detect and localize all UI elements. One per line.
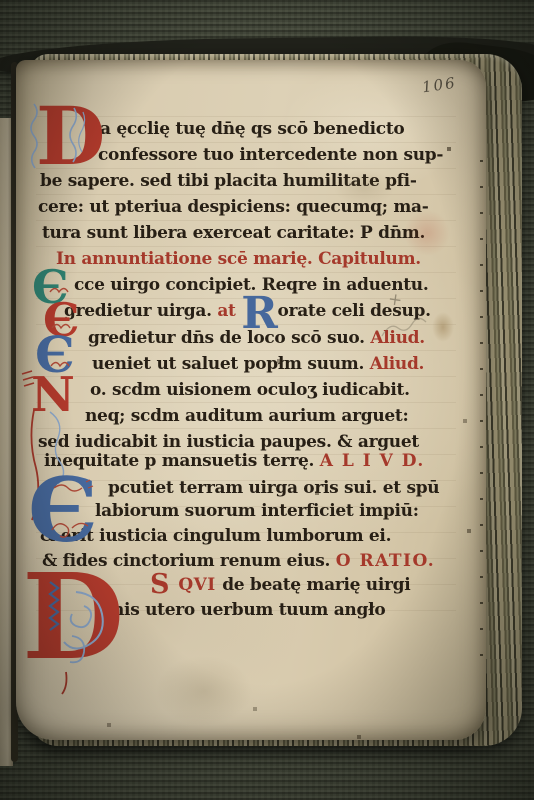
manuscript-text-line: confessore tuo intercedente non sup- [98, 144, 443, 166]
brown-stain [432, 312, 454, 342]
manuscript-text-line: In annuntiatione scē marię. Capitulum. [56, 248, 421, 270]
manuscript-text-line: tura sunt libera exerceat caritate: P dn… [42, 222, 425, 244]
text-segment-ink: gredietur dn̄s de loco scō suo. [88, 328, 370, 348]
text-segment-ink: confessore tuo intercedente non sup- [98, 145, 443, 165]
text-segment-red: at [217, 301, 241, 321]
manuscript-text-line: labiorum suorum interficiet impiū: [95, 500, 419, 522]
text-segment-redsp: A L I V D. [320, 451, 425, 471]
text-segment-ink: labiorum suorum interficiet impiū: [95, 501, 419, 521]
parchment-stain-faint [334, 170, 394, 206]
red-ink-offset-stain [404, 210, 450, 256]
manuscript-photograph: 106 a ęcclię tuę dn̄ę qs scō benedictoc… [0, 0, 534, 800]
parchment-stain [156, 656, 252, 726]
text-segment-ink: tura sunt libera exerceat caritate: P dn… [42, 223, 425, 243]
initial-d-foliate-flourish [36, 576, 136, 706]
manuscript-text-line: pcutiet terram uirga oris sui. et spū [108, 477, 439, 499]
manuscript-text-line: inequitate p mansuetis terrę. A L I V D. [44, 450, 425, 472]
text-segment-qvi: QVI [178, 575, 222, 595]
initial-e-red-filigree-flourish [46, 478, 106, 558]
manuscript-text-line: S QVI de beatę marię uirgi [150, 574, 410, 596]
text-segment-ink: nis utero uerbum tuum angło [112, 600, 385, 620]
text-segment-ink: sed iudicabit in iusticia paupes. & argu… [38, 432, 419, 452]
text-segment-ink: de beatę marię uirgi [222, 575, 410, 595]
text-segment-ink: pcutiet terram uirga oris sui. et spū [108, 478, 439, 498]
manuscript-page: 106 a ęcclię tuę dn̄ę qs scō benedictoc… [16, 60, 486, 740]
margin-pencil-scribble [378, 306, 438, 346]
manuscript-text-line: gredietur uirga. at Rorate celi desup. [64, 300, 431, 322]
text-segment-ink: o. scdm uisionem oculoʒ iudicabit. [90, 380, 410, 400]
text-segment-red: In annuntiatione scē marię. Capitulum. [56, 249, 421, 269]
manuscript-text-line: a ęcclię tuę dn̄ę qs scō benedicto [100, 118, 404, 140]
text-segment-red: Aliud. [370, 354, 424, 374]
parchment-specks [16, 60, 18, 62]
manuscript-text-line: neq; scdm auditum aurium arguet: [85, 405, 408, 427]
text-segment-ink: gredietur uirga. [64, 301, 217, 321]
text-segment-redsp: O RATIO. [336, 551, 435, 571]
manuscript-text-line: o. scdm uisionem oculoʒ iudicabit. [90, 379, 410, 401]
manuscript-text-line: gredietur dn̄s de loco scō suo. Aliud. [88, 327, 425, 349]
text-segment-sbig: S [150, 569, 178, 600]
text-segment-ink: ueniet ut saluet popłm suum. [92, 354, 370, 374]
text-segment-ink: a ęcclię tuę dn̄ę qs scō benedicto [100, 119, 404, 139]
initial-d-blue-filigree-flourish [28, 100, 98, 180]
manuscript-text-line: ueniet ut saluet popłm suum. Aliud. [92, 353, 424, 375]
text-segment-ink: neq; scdm auditum aurium arguet: [85, 406, 408, 426]
manuscript-text-line: nis utero uerbum tuum angło [112, 599, 385, 621]
